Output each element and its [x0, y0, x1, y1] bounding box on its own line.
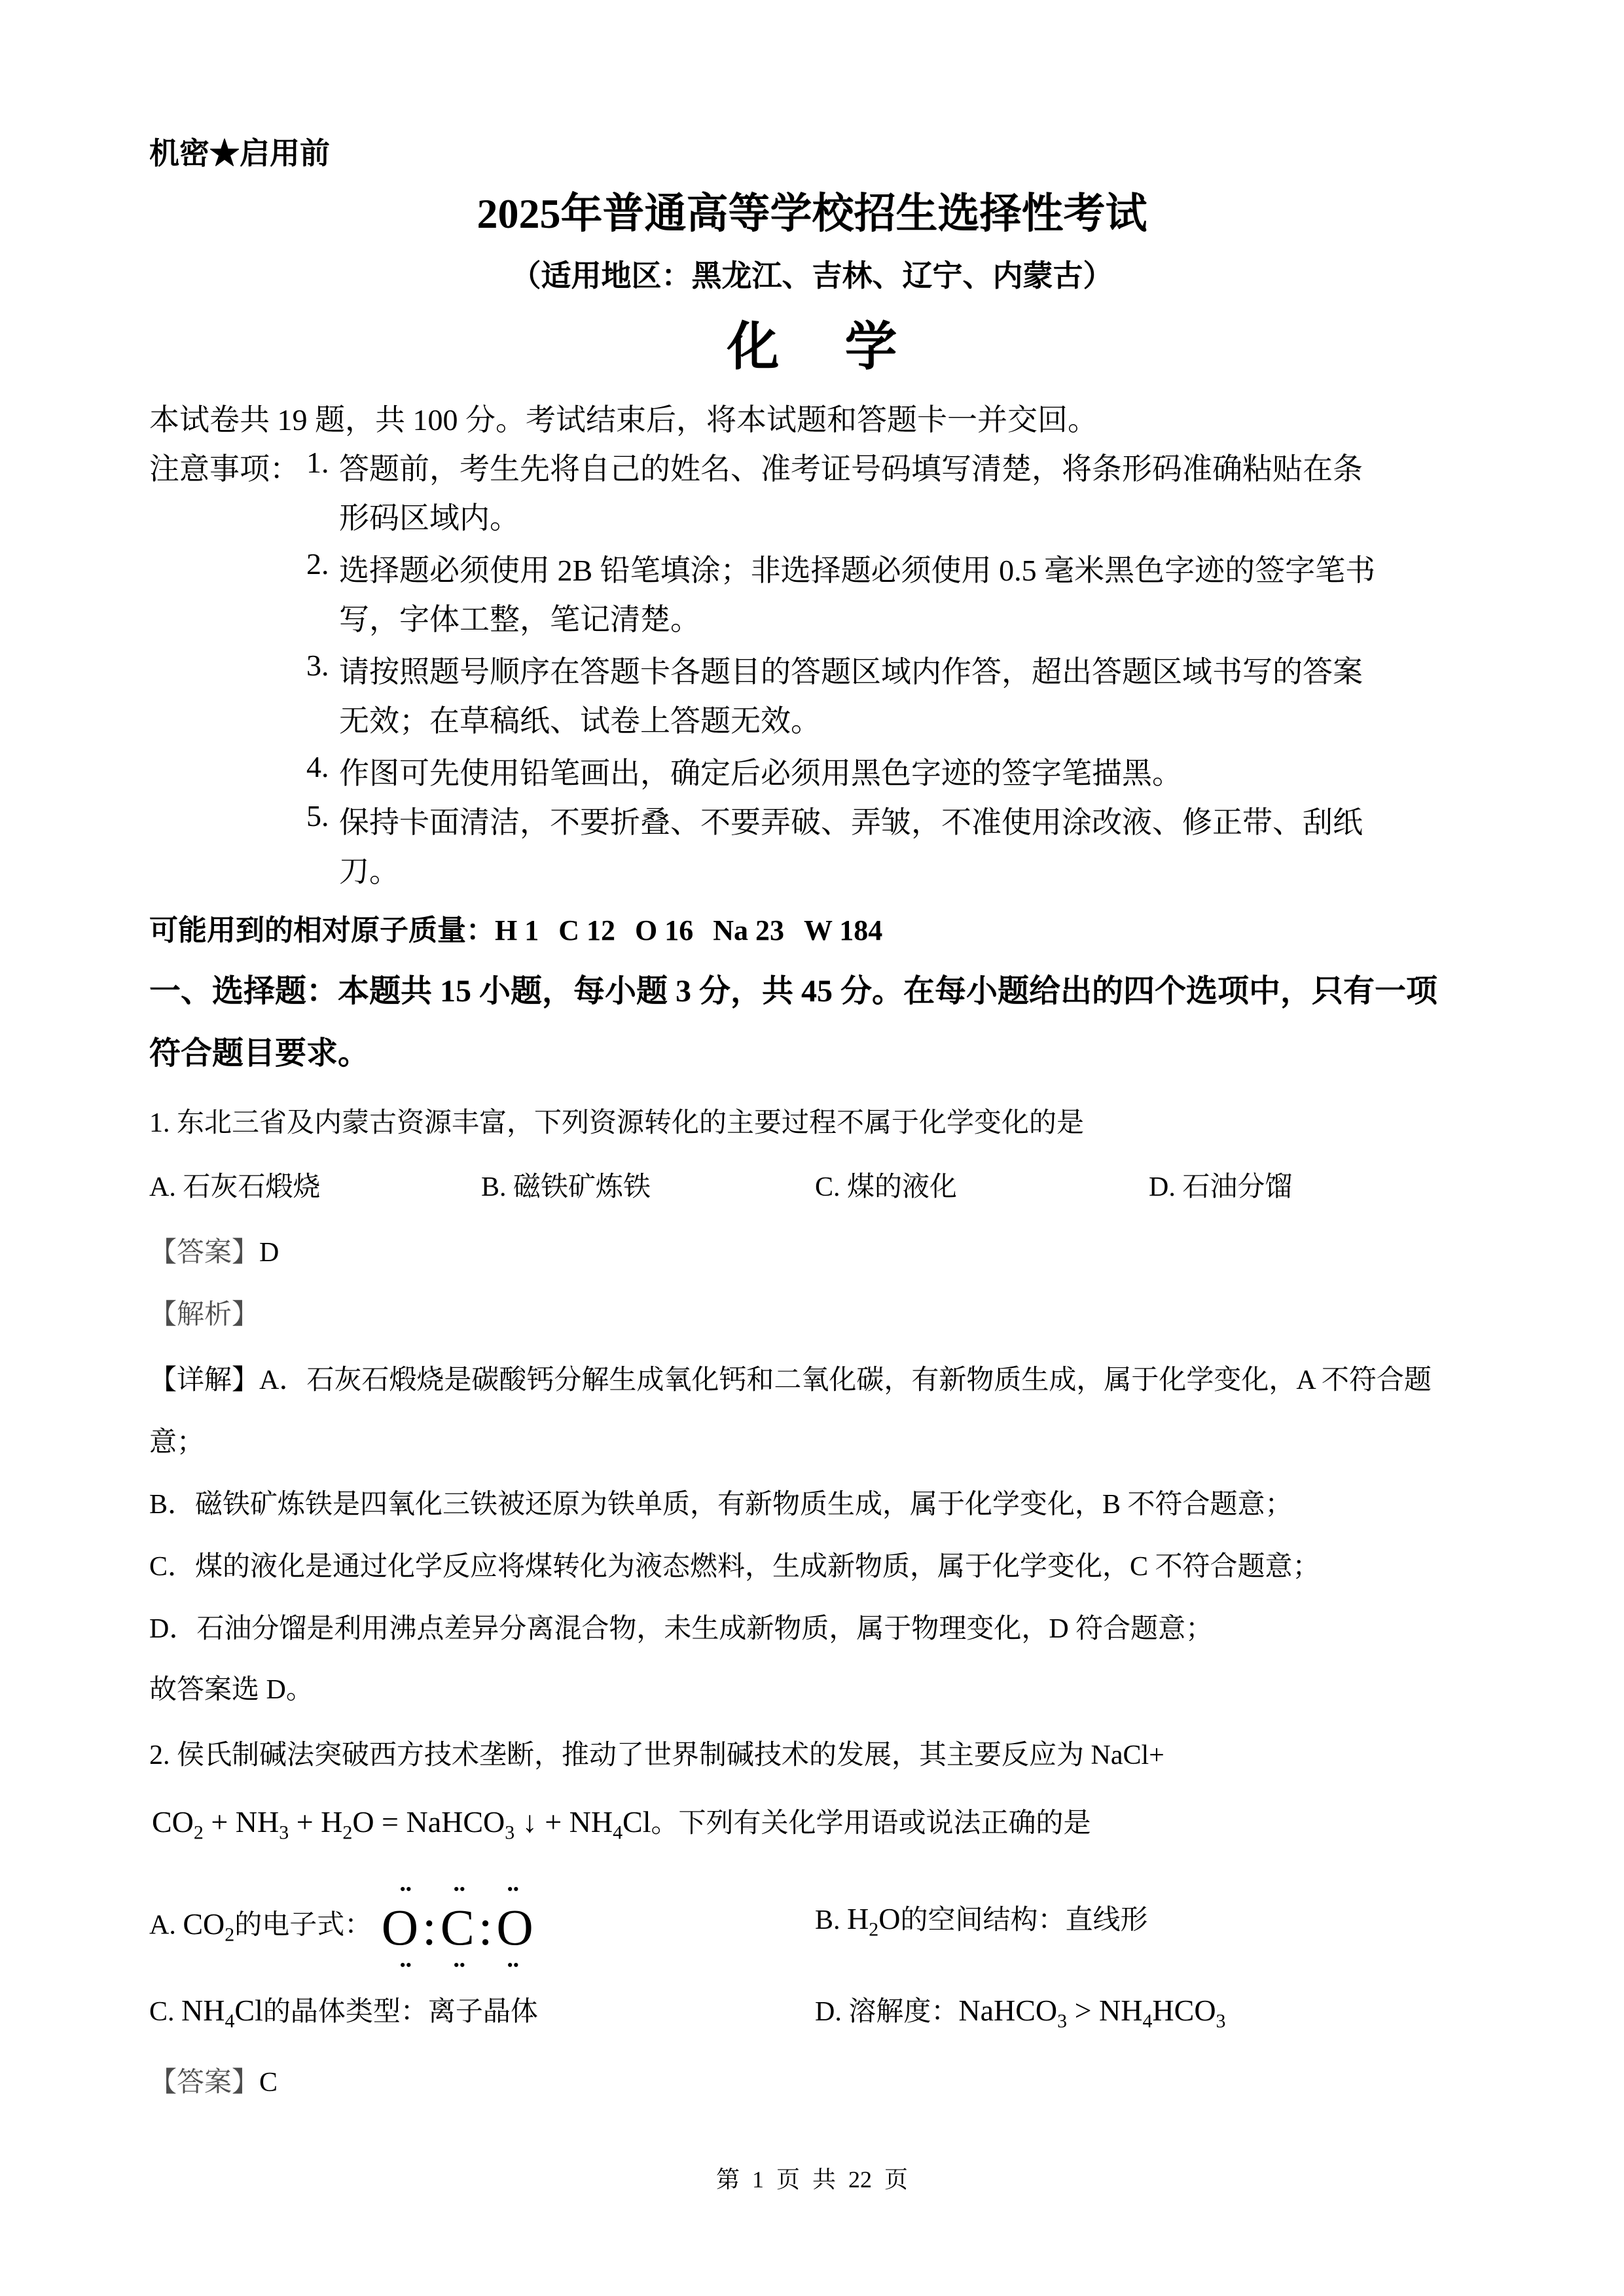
option-a: A. 石灰石煅烧	[149, 1165, 320, 1204]
page-number: 第 1 页 共 22 页	[0, 2161, 1624, 2195]
atomic-mass-w: W 184	[804, 914, 882, 946]
question-1-detail-line-6: 故答案选 D。	[149, 1668, 314, 1707]
question-1-detail-line-2: 意；	[149, 1420, 204, 1460]
option-label: B.	[815, 1905, 840, 1935]
note-item-1-cont: 形码区域内。	[339, 494, 520, 537]
note-item-5-cont: 刀。	[339, 848, 399, 891]
note-item-5: 5. 保持卡面清洁，不要折叠、不要弄破、弄皱，不准使用涂改液、修正带、刮纸	[0, 798, 1624, 838]
option-a: A. CO2的电子式： •••••• O:C:O ••••••	[149, 1884, 540, 1971]
option-formula: H2O	[847, 1902, 900, 1935]
option-d: D. 溶解度：NaHCO3 > NH4HCO3	[815, 1990, 1226, 2029]
note-item-3: 3. 请按照题号顺序在答题卡各题目的答题区域内作答，超出答题区域书写的答案	[0, 648, 1624, 687]
note-number: 2.	[306, 547, 329, 581]
atomic-mass-h: H 1	[495, 914, 539, 946]
atomic-masses: 可能用到的相对原子质量：H 1C 12O 16Na 23W 184	[149, 906, 882, 948]
answer-tag: 【答案】	[149, 1238, 259, 1268]
option-formula: NaHCO3 > NH4HCO3	[958, 1994, 1225, 2027]
option-c: C. 煤的液化	[815, 1165, 957, 1204]
detail-tag: 【详解】	[149, 1365, 259, 1395]
lewis-structure-co2: •••••• O:C:O ••••••	[379, 1884, 540, 1971]
question-1-answer: 【答案】D	[149, 1230, 279, 1270]
note-item-4: 4. 作图可先使用铅笔画出，确定后必须用黑色字迹的签字笔描黑。	[0, 749, 1624, 789]
note-number: 4.	[306, 749, 329, 784]
lone-pair-dots-bottom: ••••••	[379, 1957, 540, 1974]
exam-title: 2025年普通高等学校招生选择性考试	[0, 180, 1624, 240]
option-label: A.	[149, 1172, 176, 1202]
option-text: 磁铁矿炼铁	[513, 1172, 651, 1202]
applicable-regions: （适用地区：黑龙江、吉林、辽宁、内蒙古）	[0, 252, 1624, 295]
option-label: D.	[1149, 1172, 1176, 1202]
exam-intro: 本试卷共 19 题，共 100 分。考试结束后，将本试题和答题卡一并交回。	[149, 396, 1098, 439]
option-label: B.	[481, 1172, 507, 1202]
note-item-3-cont: 无效；在草稿纸、试卷上答题无效。	[339, 697, 821, 740]
question-2-equation-line: CO2 + NH3 + H2O = NaHCO3 ↓ + NH4Cl。下列有关化…	[152, 1801, 1091, 1840]
note-text: 保持卡面清洁，不要折叠、不要弄破、弄皱，不准使用涂改液、修正带、刮纸	[339, 798, 1363, 842]
question-2-options-row-2: C. NH4Cl的晶体类型：离子晶体 D. 溶解度：NaHCO3 > NH4HC…	[0, 1990, 1624, 2036]
note-text: 选择题必须使用 2B 铅笔填涂；非选择题必须使用 0.5 毫米黑色字迹的签字笔书	[339, 547, 1375, 590]
option-b: B. H2O的空间结构：直线形	[815, 1898, 1147, 1937]
question-1-stem: 1. 东北三省及内蒙古资源丰富，下列资源转化的主要过程不属于化学变化的是	[149, 1101, 1084, 1140]
atomic-mass-c: C 12	[558, 914, 615, 946]
note-number: 1.	[306, 445, 329, 480]
option-label: C.	[815, 1172, 840, 1202]
question-2-answer: 【答案】C	[149, 2060, 278, 2100]
atomic-mass-na: Na 23	[713, 914, 784, 946]
note-item-2-cont: 写，字体工整，笔记清楚。	[339, 596, 700, 639]
atomic-masses-label: 可能用到的相对原子质量：	[149, 914, 495, 946]
note-number: 3.	[306, 648, 329, 683]
note-item-1: 1. 答题前，考生先将自己的姓名、准考证号码填写清楚，将条形码准确粘贴在条	[0, 445, 1624, 484]
lone-pair-dots-top: ••••••	[379, 1881, 540, 1898]
question-1-detail-line-3: B．磁铁矿炼铁是四氧化三铁被还原为铁单质，有新物质生成，属于化学变化，B 不符合…	[149, 1482, 1293, 1522]
option-label: C.	[149, 1997, 175, 2027]
question-1-detail-line-4: C．煤的液化是通过化学反应将煤转化为液态燃料，生成新物质，属于化学变化，C 不符…	[149, 1545, 1320, 1584]
option-formula: CO2	[183, 1907, 234, 1941]
section-heading-cont: 符合题目要求。	[149, 1028, 369, 1073]
option-text: 石油分馏	[1182, 1172, 1292, 1202]
option-c: C. NH4Cl的晶体类型：离子晶体	[149, 1990, 538, 2029]
note-number: 5.	[306, 798, 329, 833]
question-1-detail-line-5: D．石油分馏是利用沸点差异分离混合物，未生成新物质，属于物理变化，D 符合题意；	[149, 1607, 1213, 1646]
note-text: 答题前，考生先将自己的姓名、准考证号码填写清楚，将条形码准确粘贴在条	[339, 445, 1363, 488]
equation-suffix: 。下列有关化学用语或说法正确的是	[651, 1808, 1091, 1839]
note-text: 作图可先使用铅笔画出，确定后必须用黑色字迹的签字笔描黑。	[339, 749, 1182, 793]
question-1-analysis-tag: 【解析】	[149, 1293, 259, 1332]
option-d: D. 石油分馏	[1149, 1165, 1292, 1204]
answer-value: C	[259, 2068, 278, 2098]
question-2-stem: 2. 侯氏制碱法突破西方技术垄断，推动了世界制碱技术的发展，其主要反应为 NaC…	[149, 1733, 1164, 1772]
detail-text: A．石灰石煅烧是碳酸钙分解生成氧化钙和二氧化碳，有新物质生成，属于化学变化，A …	[259, 1365, 1432, 1395]
question-1-options: A. 石灰石煅烧 B. 磁铁矿炼铁 C. 煤的液化 D. 石油分馏	[0, 1165, 1624, 1204]
option-formula: NH4Cl	[181, 1994, 263, 2027]
subject-title: 化学	[0, 304, 1624, 380]
option-text: 煤的液化	[847, 1172, 957, 1202]
reaction-equation: CO2 + NH3 + H2O = NaHCO3 ↓ + NH4Cl	[152, 1805, 651, 1839]
option-text: 的空间结构：直线形	[900, 1905, 1147, 1935]
question-2-options-row-1: A. CO2的电子式： •••••• O:C:O •••••• B. H2O的空…	[0, 1865, 1624, 1964]
confidential-label: 机密★启用前	[149, 130, 330, 173]
atomic-mass-o: O 16	[635, 914, 693, 946]
option-label: D.	[815, 1997, 842, 2027]
question-1-detail-line-1: 【详解】A．石灰石煅烧是碳酸钙分解生成氧化钙和二氧化碳，有新物质生成，属于化学变…	[149, 1358, 1432, 1397]
option-text: 石灰石煅烧	[183, 1172, 320, 1202]
answer-value: D	[259, 1238, 279, 1268]
note-item-2: 2. 选择题必须使用 2B 铅笔填涂；非选择题必须使用 0.5 毫米黑色字迹的签…	[0, 547, 1624, 586]
section-heading: 一、选择题：本题共 15 小题，每小题 3 分，共 45 分。在每小题给出的四个…	[149, 965, 1437, 1011]
answer-tag: 【答案】	[149, 2068, 259, 2098]
option-text: 的晶体类型：离子晶体	[263, 1997, 538, 2027]
note-text: 请按照题号顺序在答题卡各题目的答题区域内作答，超出答题区域书写的答案	[339, 648, 1363, 691]
option-b: B. 磁铁矿炼铁	[481, 1165, 651, 1204]
option-text: 的电子式：	[234, 1910, 372, 1941]
option-label: A.	[149, 1910, 176, 1941]
option-text: 溶解度：	[848, 1997, 958, 2027]
